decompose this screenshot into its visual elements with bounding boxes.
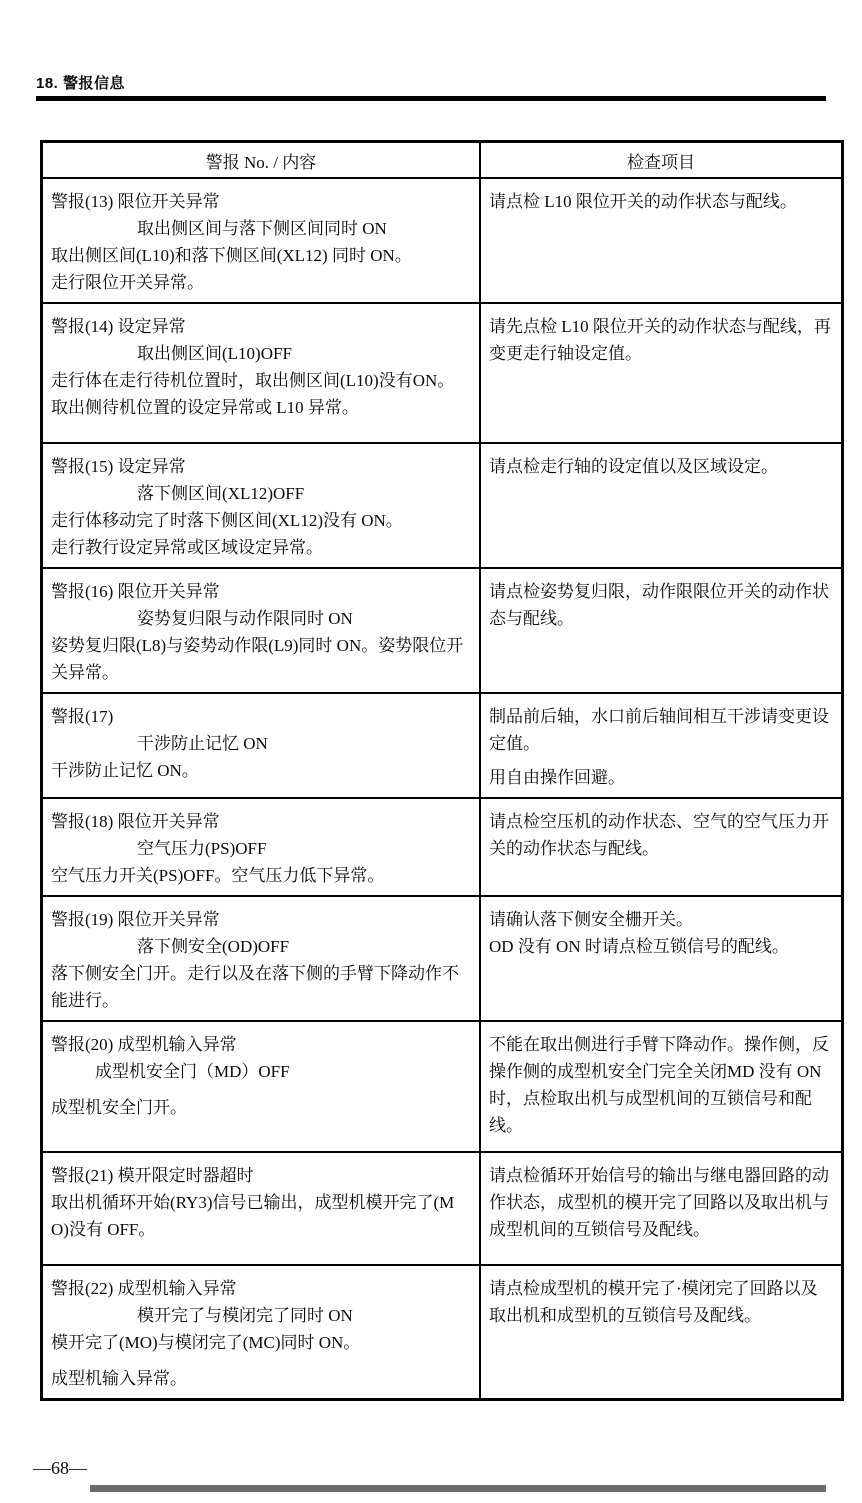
check-paragraph: 不能在取出侧进行手臂下降动作。操作侧，反操作侧的成型机安全门完全关闭MD 没有 … — [489, 1031, 833, 1139]
alarm-line: 取出侧区间(L10)和落下侧区间(XL12) 同时 ON。 — [51, 242, 471, 269]
check-item-cell: 请点检走行轴的设定值以及区域设定。 — [480, 443, 843, 568]
check-item-cell: 请点检空压机的动作状态、空气的空气压力开关的动作状态与配线。 — [480, 798, 843, 896]
table-row: 警报(19) 限位开关异常落下侧安全(OD)OFF落下侧安全门开。走行以及在落下… — [42, 896, 843, 1021]
header-rule — [36, 96, 826, 101]
alarm-line: 成型机安全门开。 — [51, 1094, 471, 1121]
table-row: 警报(15) 设定异常落下侧区间(XL12)OFF走行体移动完了时落下侧区间(X… — [42, 443, 843, 568]
check-paragraph: 请先点检 L10 限位开关的动作状态与配线，再变更走行轴设定值。 — [489, 313, 833, 367]
table-row: 警报(21) 模开限定时器超时取出机循环开始(RY3)信号已输出，成型机模开完了… — [42, 1152, 843, 1265]
alarm-line: 走行教行设定异常或区域设定异常。 — [51, 534, 471, 561]
alarm-line: 姿势复归限与动作限同时 ON — [51, 605, 471, 632]
alarm-line: 取出机循环开始(RY3)信号已输出，成型机模开完了(MO)没有 OFF。 — [51, 1189, 471, 1243]
alarm-content-cell: 警报(14) 设定异常取出侧区间(L10)OFF走行体在走行待机位置时，取出侧区… — [42, 303, 481, 443]
check-item-cell: 请点检姿势复归限，动作限限位开关的动作状态与配线。 — [480, 568, 843, 693]
table-row: 警报(20) 成型机输入异常成型机安全门（MD）OFF成型机安全门开。不能在取出… — [42, 1021, 843, 1152]
column-header-alarm-content: 警报 No. / 内容 — [42, 142, 481, 179]
check-paragraph: OD 没有 ON 时请点检互锁信号的配线。 — [489, 933, 833, 960]
alarm-line: 模开完了与模闭完了同时 ON — [51, 1302, 471, 1329]
check-item-cell: 请先点检 L10 限位开关的动作状态与配线，再变更走行轴设定值。 — [480, 303, 843, 443]
alarm-content-cell: 警报(20) 成型机输入异常成型机安全门（MD）OFF成型机安全门开。 — [42, 1021, 481, 1152]
page-number: —68— — [33, 1458, 87, 1479]
alarm-content-cell: 警报(22) 成型机输入异常模开完了与模闭完了同时 ON模开完了(MO)与模闭完… — [42, 1265, 481, 1400]
check-paragraph: 用自由操作回避。 — [489, 764, 833, 791]
check-item-cell: 不能在取出侧进行手臂下降动作。操作侧，反操作侧的成型机安全门完全关闭MD 没有 … — [480, 1021, 843, 1152]
alarm-line: 警报(17) — [51, 703, 471, 730]
alarm-content-cell: 警报(21) 模开限定时器超时取出机循环开始(RY3)信号已输出，成型机模开完了… — [42, 1152, 481, 1265]
check-item-cell: 请点检循环开始信号的输出与继电器回路的动作状态，成型机的模开完了回路以及取出机与… — [480, 1152, 843, 1265]
alarm-line: 警报(19) 限位开关异常 — [51, 906, 471, 933]
alarm-line: 落下侧安全(OD)OFF — [51, 933, 471, 960]
alarm-content-cell: 警报(15) 设定异常落下侧区间(XL12)OFF走行体移动完了时落下侧区间(X… — [42, 443, 481, 568]
alarm-line: 取出侧待机位置的设定异常或 L10 异常。 — [51, 394, 471, 421]
check-item-cell: 制品前后轴，水口前后轴间相互干涉请变更设定值。用自由操作回避。 — [480, 693, 843, 798]
table-row: 警报(22) 成型机输入异常模开完了与模闭完了同时 ON模开完了(MO)与模闭完… — [42, 1265, 843, 1400]
alarm-content-cell: 警报(18) 限位开关异常空气压力(PS)OFF空气压力开关(PS)OFF。空气… — [42, 798, 481, 896]
alarm-line: 走行体移动完了时落下侧区间(XL12)没有 ON。 — [51, 507, 471, 534]
alarm-content-cell: 警报(17)干涉防止记忆 ON干涉防止记忆 ON。 — [42, 693, 481, 798]
alarm-line: 成型机输入异常。 — [51, 1365, 471, 1392]
alarm-line: 走行体在走行待机位置时，取出侧区间(L10)没有ON。 — [51, 367, 471, 394]
alarm-line: 警报(18) 限位开关异常 — [51, 808, 471, 835]
table-row: 警报(18) 限位开关异常空气压力(PS)OFF空气压力开关(PS)OFF。空气… — [42, 798, 843, 896]
check-paragraph: 请点检 L10 限位开关的动作状态与配线。 — [489, 188, 833, 215]
alarm-line: 取出侧区间(L10)OFF — [51, 340, 471, 367]
check-paragraph: 请点检循环开始信号的输出与继电器回路的动作状态，成型机的模开完了回路以及取出机与… — [489, 1162, 833, 1243]
table-row: 警报(13) 限位开关异常取出侧区间与落下侧区间同时 ON取出侧区间(L10)和… — [42, 178, 843, 303]
alarm-line: 空气压力(PS)OFF — [51, 835, 471, 862]
table-row: 警报(17)干涉防止记忆 ON干涉防止记忆 ON。制品前后轴，水口前后轴间相互干… — [42, 693, 843, 798]
alarm-content-cell: 警报(13) 限位开关异常取出侧区间与落下侧区间同时 ON取出侧区间(L10)和… — [42, 178, 481, 303]
check-paragraph: 请点检走行轴的设定值以及区域设定。 — [489, 453, 833, 480]
alarm-line: 走行限位开关异常。 — [51, 269, 471, 296]
alarm-line: 干涉防止记忆 ON — [51, 730, 471, 757]
alarm-line: 空气压力开关(PS)OFF。空气压力低下异常。 — [51, 862, 471, 889]
alarm-line: 警报(21) 模开限定时器超时 — [51, 1162, 471, 1189]
alarm-line: 落下侧区间(XL12)OFF — [51, 480, 471, 507]
column-header-check-items: 检查项目 — [480, 142, 843, 179]
footer-rule — [90, 1485, 826, 1492]
table-row: 警报(16) 限位开关异常姿势复归限与动作限同时 ON姿势复归限(L8)与姿势动… — [42, 568, 843, 693]
alarm-line: 警报(20) 成型机输入异常 — [51, 1031, 471, 1058]
check-item-cell: 请点检成型机的模开完了·模闭完了回路以及取出机和成型机的互锁信号及配线。 — [480, 1265, 843, 1400]
alarm-line: 模开完了(MO)与模闭完了(MC)同时 ON。 — [51, 1329, 471, 1356]
alarm-line: 成型机安全门（MD）OFF — [51, 1058, 471, 1085]
check-item-cell: 请确认落下侧安全栅开关。OD 没有 ON 时请点检互锁信号的配线。 — [480, 896, 843, 1021]
check-paragraph: 请点检空压机的动作状态、空气的空气压力开关的动作状态与配线。 — [489, 808, 833, 862]
check-paragraph: 制品前后轴，水口前后轴间相互干涉请变更设定值。 — [489, 703, 833, 757]
alarm-line: 落下侧安全门开。走行以及在落下侧的手臂下降动作不能进行。 — [51, 960, 471, 1014]
alarm-line: 警报(14) 设定异常 — [51, 313, 471, 340]
page-title: 18. 警报信息 — [36, 72, 125, 93]
table-row: 警报(14) 设定异常取出侧区间(L10)OFF走行体在走行待机位置时，取出侧区… — [42, 303, 843, 443]
alarm-content-cell: 警报(19) 限位开关异常落下侧安全(OD)OFF落下侧安全门开。走行以及在落下… — [42, 896, 481, 1021]
alarm-line: 警报(13) 限位开关异常 — [51, 188, 471, 215]
check-item-cell: 请点检 L10 限位开关的动作状态与配线。 — [480, 178, 843, 303]
table-header: 警报 No. / 内容 检查项目 — [42, 142, 843, 179]
alarm-line: 警报(15) 设定异常 — [51, 453, 471, 480]
table-header-row: 警报 No. / 内容 检查项目 — [42, 142, 843, 179]
alarm-table: 警报 No. / 内容 检查项目 警报(13) 限位开关异常取出侧区间与落下侧区… — [40, 140, 844, 1401]
alarm-line: 取出侧区间与落下侧区间同时 ON — [51, 215, 471, 242]
alarm-line: 警报(22) 成型机输入异常 — [51, 1275, 471, 1302]
alarm-content-cell: 警报(16) 限位开关异常姿势复归限与动作限同时 ON姿势复归限(L8)与姿势动… — [42, 568, 481, 693]
check-paragraph: 请点检成型机的模开完了·模闭完了回路以及取出机和成型机的互锁信号及配线。 — [489, 1275, 833, 1329]
alarm-line: 干涉防止记忆 ON。 — [51, 757, 471, 784]
check-paragraph: 请点检姿势复归限，动作限限位开关的动作状态与配线。 — [489, 578, 833, 632]
alarm-line: 警报(16) 限位开关异常 — [51, 578, 471, 605]
check-paragraph: 请确认落下侧安全栅开关。 — [489, 906, 833, 933]
alarm-line: 姿势复归限(L8)与姿势动作限(L9)同时 ON。姿势限位开关异常。 — [51, 632, 471, 686]
table-body: 警报(13) 限位开关异常取出侧区间与落下侧区间同时 ON取出侧区间(L10)和… — [42, 178, 843, 1400]
